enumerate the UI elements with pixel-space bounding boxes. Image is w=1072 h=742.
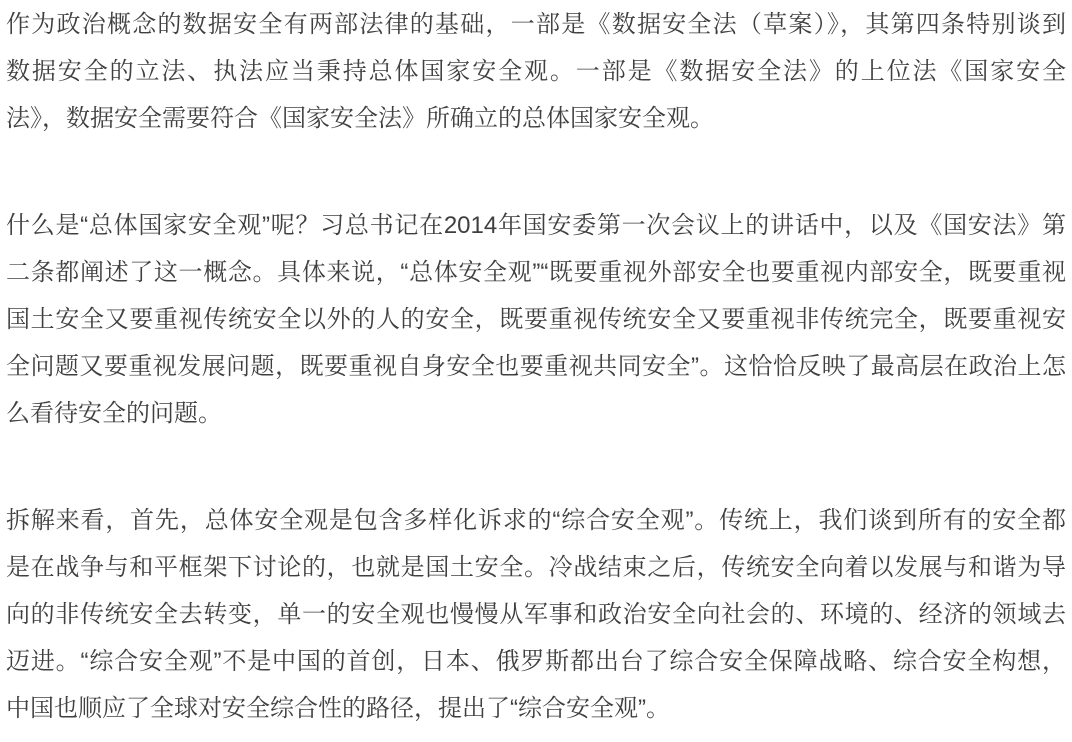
text-line: 向的非传统安全去转变，单一的安全观也慢慢从军事和政治安全向社会的、环境的、经济的…	[6, 591, 1066, 638]
text-line: 国土安全又要重视传统安全以外的人的安全，既要重视传统安全又要重视非传统完全，既要…	[6, 296, 1066, 343]
text-line: 数据安全的立法、执法应当秉持总体国家安全观。一部是《数据安全法》的上位法《国家安…	[6, 48, 1066, 95]
text-line: 法》，数据安全需要符合《国家安全法》所确立的总体国家安全观。	[6, 95, 1066, 142]
text-line: 拆解来看，首先，总体安全观是包含多样化诉求的“综合安全观”。传统上，我们谈到所有…	[6, 497, 1066, 544]
paragraph-1: 作为政治概念的数据安全有两部法律的基础，一部是《数据安全法（草案）》，其第四条特…	[6, 1, 1066, 142]
text-line: 全问题又要重视发展问题，既要重视自身安全也要重视共同安全”。这恰恰反映了最高层在…	[6, 343, 1066, 390]
text-line: 作为政治概念的数据安全有两部法律的基础，一部是《数据安全法（草案）》，其第四条特…	[6, 1, 1066, 48]
paragraph-3: 拆解来看，首先，总体安全观是包含多样化诉求的“综合安全观”。传统上，我们谈到所有…	[6, 497, 1066, 732]
text-line: 迈进。“综合安全观”不是中国的首创，日本、俄罗斯都出台了综合安全保障战略、综合安…	[6, 638, 1066, 685]
paragraph-2: 什么是“总体国家安全观”呢？习总书记在2014年国安委第一次会议上的讲话中，以及…	[6, 202, 1066, 437]
text-line: 么看待安全的问题。	[6, 390, 1066, 437]
text-line: 什么是“总体国家安全观”呢？习总书记在2014年国安委第一次会议上的讲话中，以及…	[6, 202, 1066, 249]
text-line: 中国也顺应了全球对安全综合性的路径，提出了“综合安全观”。	[6, 685, 1066, 732]
article-body: 作为政治概念的数据安全有两部法律的基础，一部是《数据安全法（草案）》，其第四条特…	[0, 0, 1072, 732]
text-line: 是在战争与和平框架下讨论的，也就是国土安全。冷战结束之后，传统安全向着以发展与和…	[6, 544, 1066, 591]
text-line: 二条都阐述了这一概念。具体来说，“总体安全观”“既要重视外部安全也要重视内部安全…	[6, 249, 1066, 296]
